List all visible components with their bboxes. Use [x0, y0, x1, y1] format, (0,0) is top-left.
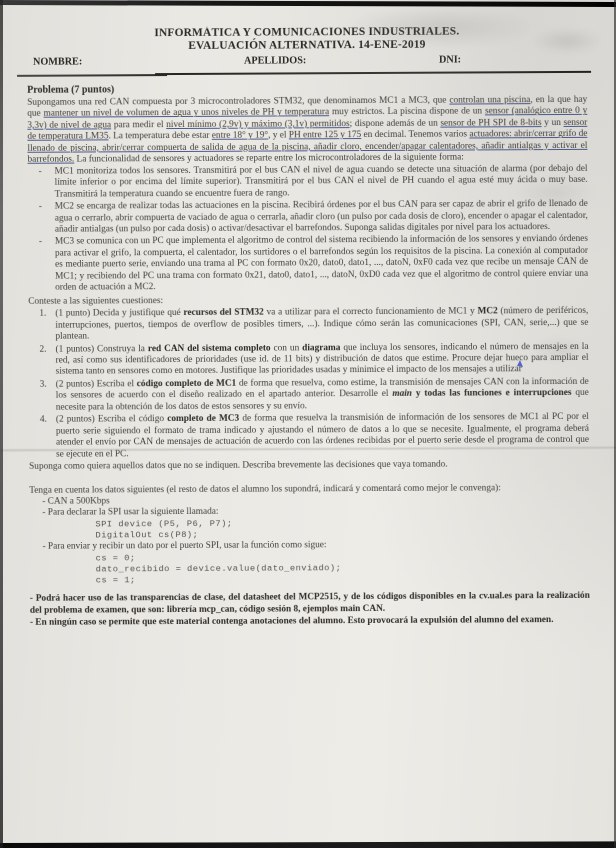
bullet-text-mc3: MC3 se comunica con un PC que implementa… — [55, 234, 588, 294]
question-item-4: 4. (2 puntos) Escriba el código completo… — [29, 412, 589, 461]
bullet-dash: - — [28, 202, 55, 237]
surname-label: APELLIDOS: — [244, 55, 306, 66]
question-text-1: (1 punto) Decida y justifique qué recurs… — [55, 306, 588, 343]
bullet-item-mc1: - MC1 monitoriza todos los sensores. Tra… — [28, 164, 588, 201]
question-item-1: 1. (1 punto) Decida y justifique qué rec… — [28, 306, 588, 343]
exam-warning: - En ningún caso se permite que este mat… — [30, 615, 590, 629]
bullet-dash: - — [28, 237, 55, 294]
scan-edge-left — [0, 0, 3, 848]
question-number: 3. — [29, 380, 56, 415]
dni-label: DNI: — [439, 55, 461, 66]
bullet-item-mc2: - MC2 se encarga de realizar todas las a… — [28, 199, 588, 236]
materials-note: - Podrá hacer uso de las transparencias … — [30, 591, 590, 617]
question-number: 2. — [28, 344, 55, 379]
question-number: 1. — [28, 309, 55, 344]
question-item-2: 2. (1 puntos) Construya la red CAN del s… — [28, 341, 588, 378]
question-text-3: (2 puntos) Escriba el código completo de… — [56, 377, 589, 414]
bullet-text-mc1: MC1 monitoriza todos los sensores. Trans… — [55, 164, 588, 201]
bullet-dash: - — [28, 166, 55, 201]
bullet-text-mc2: MC2 se encarga de realizar todas las act… — [55, 199, 588, 236]
name-label: NOMBRE: — [33, 57, 82, 68]
question-text-4: (2 puntos) Escriba el código completo de… — [56, 412, 589, 461]
scan-edge-bottom — [0, 841, 616, 848]
bullet-item-mc3: - MC3 se comunica con un PC que implemen… — [28, 234, 588, 294]
intro-paragraph: Supongamos una red CAN compuesta por 3 m… — [27, 95, 587, 167]
exam-subtitle: EVALUACIÓN ALTERNATIVA. 14-ENE-2019 — [27, 38, 587, 54]
question-item-3: 3. (2 puntos) Escriba el código completo… — [29, 377, 589, 414]
scanned-exam-page: INFORMÁTICA Y COMUNICACIONES INDUSTRIALE… — [0, 0, 616, 848]
problem-heading: Problema (7 puntos) — [27, 82, 587, 96]
question-number: 4. — [29, 415, 56, 461]
question-text-2: (1 puntos) Construya la red CAN del sist… — [55, 341, 588, 378]
identity-row: NOMBRE: APELLIDOS: DNI: — [27, 54, 587, 72]
page-content: INFORMÁTICA Y COMUNICACIONES INDUSTRIALE… — [0, 0, 616, 630]
